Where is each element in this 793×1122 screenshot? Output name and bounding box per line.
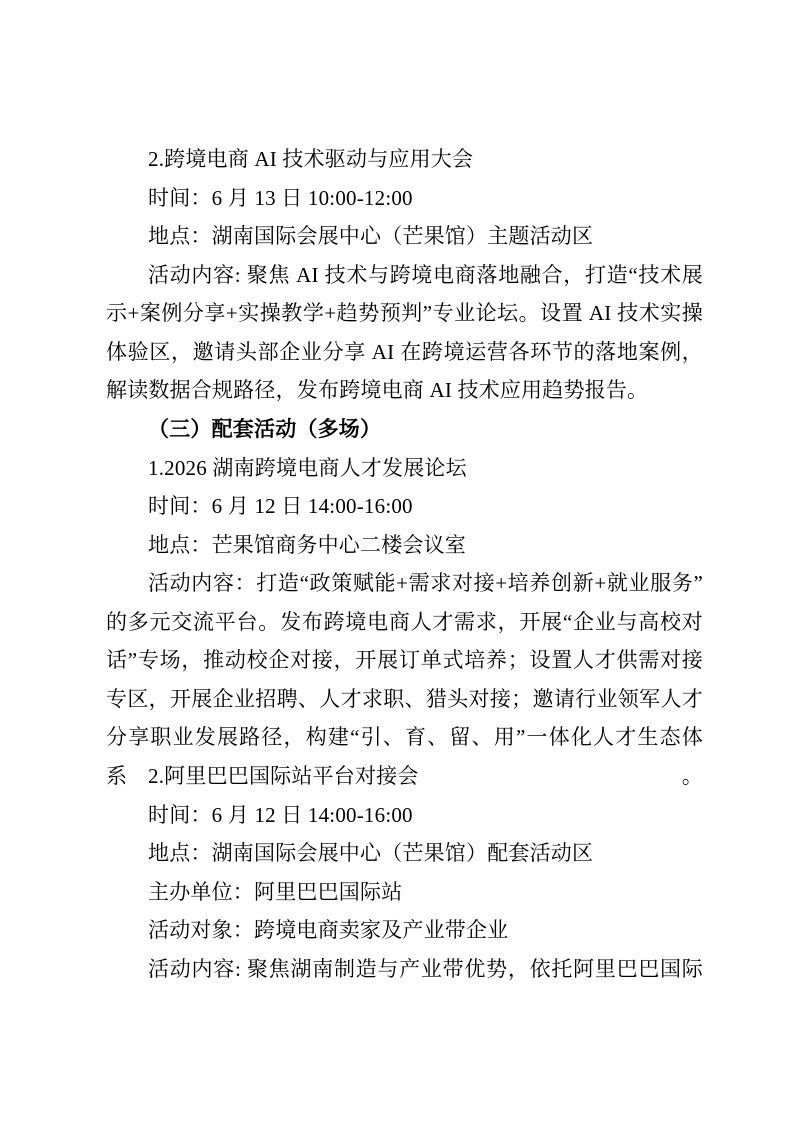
text-line: 活动内容: 聚焦 AI 技术与跨境电商落地融合，打造“技术展 [106,256,703,295]
document-page: 2.跨境电商 AI 技术驱动与应用大会时间：6 月 13 日 10:00-12:… [0,0,793,1122]
text-line: 地点：湖南国际会展中心（芒果馆）配套活动区 [106,834,703,873]
text-line: 示+案例分享+实操教学+趋势预判”专业论坛。设置 AI 技术实操 [106,294,703,333]
text-line: 主办单位：阿里巴巴国际站 [106,873,703,912]
text-line: 分享职业发展路径，构建“引、育、留、用”一体化人才生态体系。 [106,718,703,757]
text-line: 2.跨境电商 AI 技术驱动与应用大会 [106,140,703,179]
text-line: 话”专场，推动校企对接，开展订单式培养；设置人才供需对接 [106,641,703,680]
text-line: 活动对象：跨境电商卖家及产业带企业 [106,911,703,950]
text-line: 时间：6 月 12 日 14:00-16:00 [106,487,703,526]
text-line: 体验区，邀请头部企业分享 AI 在跨境运营各环节的落地案例， [106,333,703,372]
text-line: 专区，开展企业招聘、人才求职、猎头对接；邀请行业领军人才 [106,680,703,719]
text-line: 活动内容: 聚焦湖南制造与产业带优势，依托阿里巴巴国际 [106,950,703,989]
document-body: 2.跨境电商 AI 技术驱动与应用大会时间：6 月 13 日 10:00-12:… [106,140,703,988]
text-line: 时间：6 月 13 日 10:00-12:00 [106,179,703,218]
text-line: 地点：湖南国际会展中心（芒果馆）主题活动区 [106,217,703,256]
text-line: 活动内容：打造“政策赋能+需求对接+培养创新+就业服务” [106,564,703,603]
text-line: 时间：6 月 12 日 14:00-16:00 [106,796,703,835]
text-line: 的多元交流平台。发布跨境电商人才需求，开展“企业与高校对 [106,603,703,642]
section-heading: （三）配套活动（多场） [106,410,703,449]
text-line: 地点：芒果馆商务中心二楼会议室 [106,526,703,565]
text-line: 解读数据合规路径，发布跨境电商 AI 技术应用趋势报告。 [106,371,703,410]
text-line: 1.2026 湖南跨境电商人才发展论坛 [106,449,703,488]
